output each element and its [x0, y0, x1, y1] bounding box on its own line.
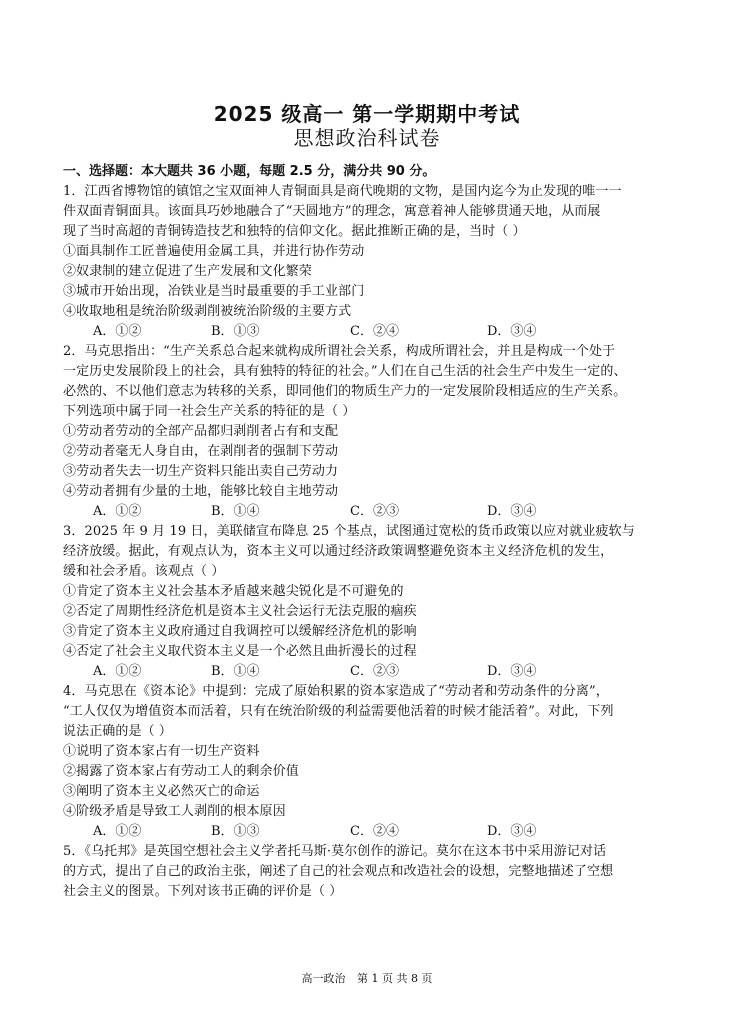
question-stem-line: 社会主义的图景。下列对该书正确的评价是（ ） — [63, 882, 675, 902]
question-stem-line: 2．马克思指出：“生产关系总合起来就构成所谓社会关系，构成所谓社会，并且是构成一… — [63, 342, 675, 362]
footer-page-number: 第 1 页 共 8 页 — [357, 972, 432, 985]
statement-item: ②揭露了资本家占有劳动工人的剩余价值 — [63, 762, 675, 782]
statement-item: ②劳动者毫无人身自由，在剥削者的强制下劳动 — [63, 442, 675, 462]
question-stem-line: 件双面青铜面具。该面具巧妙地融合了“天圆地方”的理念，寓意着神人能够贯通天地，从… — [63, 202, 675, 222]
answer-options: A．①②B．①③C．②④D．③④ — [63, 322, 675, 342]
question-stem-line: 必然的、不以他们意志为转移的关系，即同他们的物质生产力的一定发展阶段相适应的生产… — [63, 382, 675, 402]
question-4: 4．马克思在《资本论》中提到：完成了原始积累的资本家造成了“劳动者和劳动条件的分… — [63, 682, 675, 842]
statement-item: ④劳动者拥有少量的土地，能够比较自主地劳动 — [63, 482, 675, 502]
statement-item: ①劳动者劳动的全部产品都归剥削者占有和支配 — [63, 422, 675, 442]
question-stem-line: 的方式，提出了自己的政治主张，阐述了自己的社会观点和改造社会的设想，完整地描述了… — [63, 862, 675, 882]
question-stem-line: 一定历史发展阶段上的社会，具有独特的特征的社会。”人们在自己生活的社会生产中发生… — [63, 362, 675, 382]
option-d: D．③④ — [487, 502, 536, 522]
statement-item: ①肯定了资本主义社会基本矛盾越来越尖锐化是不可避免的 — [63, 582, 675, 602]
option-c: C．②④ — [350, 322, 399, 342]
statement-item: ④阶级矛盾是导致工人剥削的根本原因 — [63, 802, 675, 822]
statement-item: ④否定了社会主义取代资本主义是一个必然且曲折漫长的过程 — [63, 642, 675, 662]
question-stem-line: 下列选项中属于同一社会生产关系的特征的是（ ） — [63, 402, 675, 422]
question-stem-line: 现了当时高超的青铜铸造技艺和独特的信仰文化。据此推断正确的是，当时（ ） — [63, 222, 675, 242]
option-b: B．①④ — [211, 662, 260, 682]
page-footer: 高一政治 第 1 页 共 8 页 — [0, 970, 734, 986]
question-2: 2．马克思指出：“生产关系总合起来就构成所谓社会关系，构成所谓社会，并且是构成一… — [63, 342, 675, 522]
option-b: B．①④ — [211, 502, 260, 522]
question-stem-line: “工人仅仅为增值资本而活着，只有在统治阶级的利益需要他活着的时候才能活着”。对此… — [63, 702, 675, 722]
footer-subject: 高一政治 — [302, 972, 346, 985]
statement-item: ④收取地租是统治阶级剥削被统治阶级的主要方式 — [63, 302, 675, 322]
statement-item: ③城市开始出现，冶铁业是当时最重要的手工业部门 — [63, 282, 675, 302]
answer-options: A．①②B．①④C．②③D．③④ — [63, 662, 675, 682]
question-stem-line: 说法正确的是（ ） — [63, 722, 675, 742]
option-c: C．②④ — [350, 822, 399, 842]
option-a: A．①② — [93, 662, 141, 682]
section-heading: 一、选择题：本大题共 36 小题，每题 2.5 分，满分共 90 分。 — [63, 162, 675, 182]
option-a: A．①② — [93, 822, 141, 842]
question-3: 3．2025 年 9 月 19 日，美联储宣布降息 25 个基点，试图通过宽松的… — [63, 522, 675, 682]
statement-item: ②否定了周期性经济危机是资本主义社会运行无法克服的痼疾 — [63, 602, 675, 622]
question-1: 1．江西省博物馆的镇馆之宝双面神人青铜面具是商代晚期的文物，是国内迄今为止发现的… — [63, 182, 675, 342]
option-d: D．③④ — [487, 822, 536, 842]
question-stem-line: 4．马克思在《资本论》中提到：完成了原始积累的资本家造成了“劳动者和劳动条件的分… — [63, 682, 675, 702]
statement-item: ②奴隶制的建立促进了生产发展和文化繁荣 — [63, 262, 675, 282]
exam-subtitle: 思想政治科试卷 — [0, 122, 734, 151]
statement-item: ①说明了资本家占有一切生产资料 — [63, 742, 675, 762]
option-d: D．③④ — [487, 662, 536, 682]
question-stem-line: 缓和社会矛盾。该观点（ ） — [63, 562, 675, 582]
option-b: B．①③ — [211, 822, 260, 842]
option-a: A．①② — [93, 502, 141, 522]
question-list: 1．江西省博物馆的镇馆之宝双面神人青铜面具是商代晚期的文物，是国内迄今为止发现的… — [63, 182, 675, 902]
statement-item: ③阐明了资本主义必然灭亡的命运 — [63, 782, 675, 802]
question-stem-line: 经济放缓。据此，有观点认为，资本主义可以通过经济政策调整避免资本主义经济危机的发… — [63, 542, 675, 562]
answer-options: A．①②B．①③C．②④D．③④ — [63, 822, 675, 842]
question-stem-line: 5．《乌托邦》是英国空想社会主义学者托马斯·莫尔创作的游记。莫尔在这本书中采用游… — [63, 842, 675, 862]
option-c: C．②③ — [350, 502, 399, 522]
answer-options: A．①②B．①④C．②③D．③④ — [63, 502, 675, 522]
statement-item: ①面具制作工匠普遍使用金属工具，并进行协作劳动 — [63, 242, 675, 262]
option-a: A．①② — [93, 322, 141, 342]
question-stem-line: 3．2025 年 9 月 19 日，美联储宣布降息 25 个基点，试图通过宽松的… — [63, 522, 675, 542]
option-c: C．②③ — [350, 662, 399, 682]
statement-item: ③劳动者失去一切生产资料只能出卖自己劳动力 — [63, 462, 675, 482]
exam-content: 一、选择题：本大题共 36 小题，每题 2.5 分，满分共 90 分。 1．江西… — [63, 162, 675, 902]
question-stem-line: 1．江西省博物馆的镇馆之宝双面神人青铜面具是商代晚期的文物，是国内迄今为止发现的… — [63, 182, 675, 202]
option-d: D．③④ — [487, 322, 536, 342]
question-5: 5．《乌托邦》是英国空想社会主义学者托马斯·莫尔创作的游记。莫尔在这本书中采用游… — [63, 842, 675, 902]
statement-item: ③肯定了资本主义政府通过自我调控可以缓解经济危机的影响 — [63, 622, 675, 642]
option-b: B．①③ — [211, 322, 260, 342]
